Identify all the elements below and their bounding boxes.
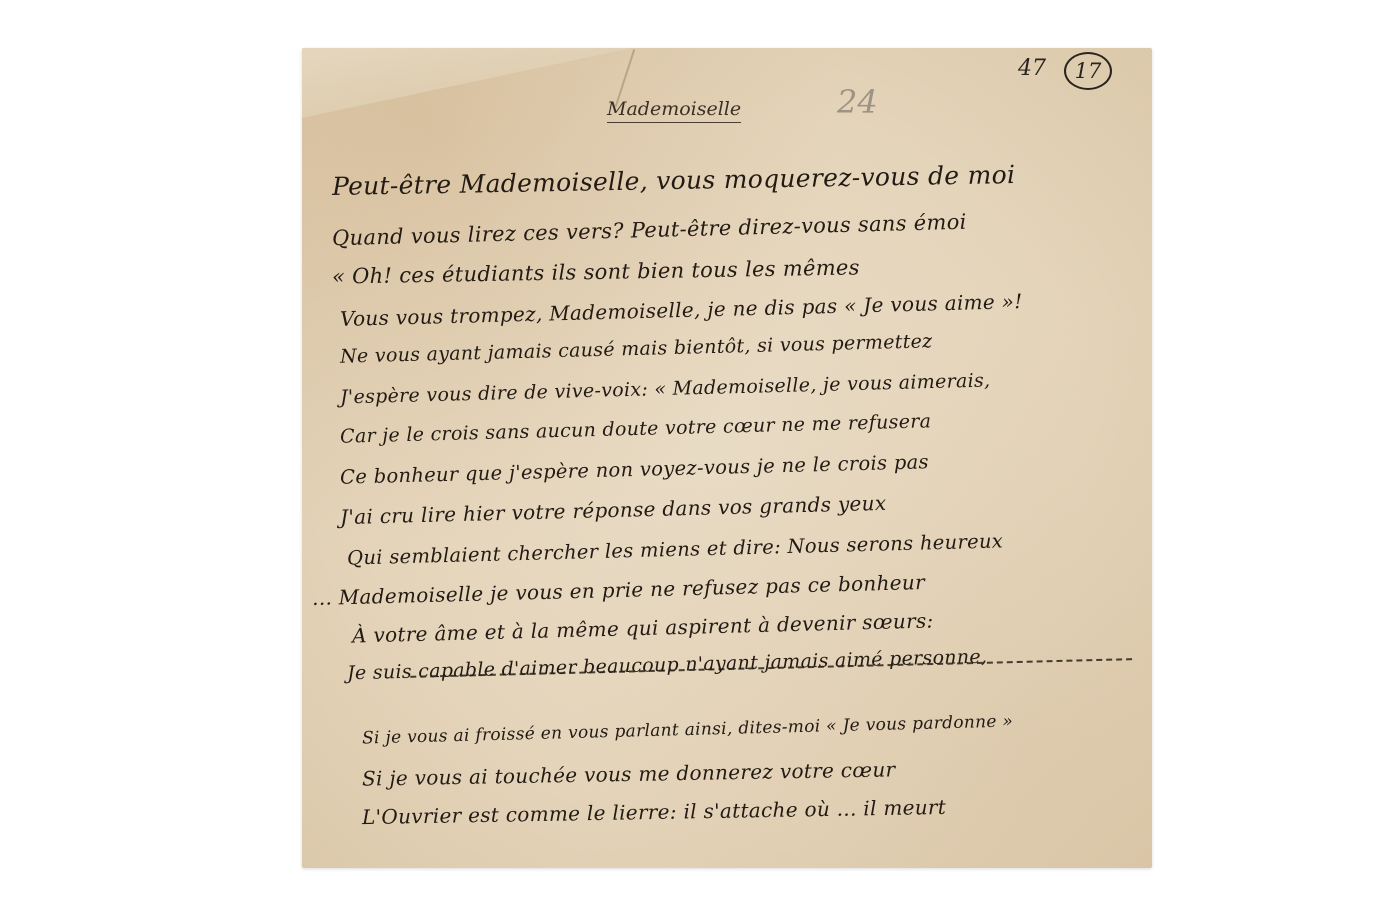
- poem-line: Qui semblaient chercher les miens et dir…: [347, 529, 1004, 569]
- poem-line: Vous vous trompez, Mademoiselle, je ne d…: [340, 289, 1023, 331]
- poem-line: À votre âme et à la même qui aspirent à …: [352, 608, 934, 647]
- poem-line: ... Mademoiselle je vous en prie ne refu…: [312, 570, 925, 610]
- photo-stage: Mademoiselle 24 47 17 Peut-être Mademois…: [0, 0, 1382, 922]
- poem-line: « Oh! ces étudiants ils sont bien tous l…: [332, 255, 860, 288]
- poem-line: Si je vous ai touchée vous me donnerez v…: [362, 757, 896, 790]
- poem-line: L'Ouvrier est comme le lierre: il s'atta…: [362, 795, 946, 829]
- poem-line: Peut-être Mademoiselle, vous moquerez-vo…: [332, 160, 1016, 201]
- poem-line: Ne vous ayant jamais causé mais bientôt,…: [340, 330, 933, 368]
- poem-body: Peut-être Mademoiselle, vous moquerez-vo…: [302, 48, 1152, 868]
- poem-line: Car je le crois sans aucun doute votre c…: [340, 410, 932, 447]
- poem-line: J'ai cru lire hier votre réponse dans vo…: [340, 491, 887, 529]
- poem-line: Ce bonheur que j'espère non voyez-vous j…: [340, 450, 929, 488]
- manuscript-page: Mademoiselle 24 47 17 Peut-être Mademois…: [302, 48, 1152, 868]
- poem-line: Quand vous lirez ces vers? Peut-être dir…: [332, 210, 967, 251]
- poem-line: J'espère vous dire de vive-voix: « Madem…: [340, 369, 991, 408]
- poem-line: Si je vous ai froissé en vous parlant ai…: [362, 711, 1014, 748]
